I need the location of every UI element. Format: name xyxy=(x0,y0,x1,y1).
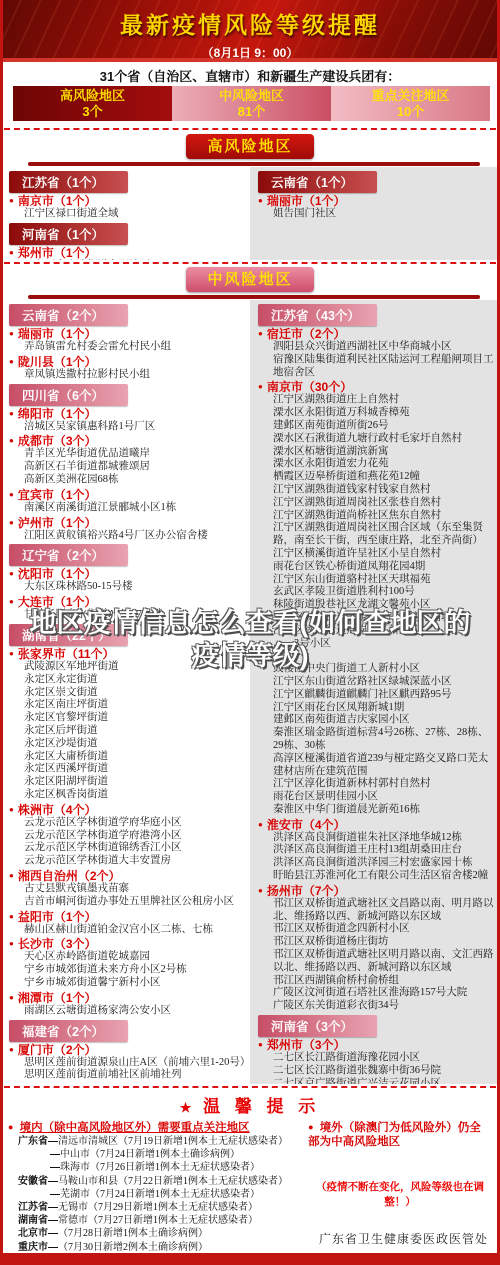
province-badge: 河南省（1个） xyxy=(9,223,128,245)
high-risk-section-body: 江苏省（1个）●南京市（1个）江宁区禄口街道全域河南省（1个）●郑州市（1个）二… xyxy=(3,167,497,260)
tips-title-text: 温 馨 提 示 xyxy=(203,1097,320,1116)
intro-text: 31个省（自治区、直辖市）和新疆生产建设兵团有： xyxy=(0,66,500,85)
city-label: ●淮安市（4个） xyxy=(258,818,495,832)
city-label: ●湘西自治州（2个） xyxy=(9,869,248,883)
watch-count-box: 重点关注地区 10个 xyxy=(331,86,490,121)
city-label: ●长沙市（3个） xyxy=(9,937,248,951)
city-label: ●瑞丽市（1个） xyxy=(9,327,248,341)
province-row: 四川省（6个） xyxy=(9,384,248,406)
area-item: 云龙示范区学林街道锦绣香江小区 xyxy=(9,842,248,855)
province-badge: 江苏省（1个） xyxy=(9,171,128,193)
city-label: ●瑞丽市（1个） xyxy=(258,194,495,208)
area-item: 江宁区湖熟街道庄上自然村 xyxy=(258,394,495,407)
bullet-icon: ● xyxy=(9,912,14,921)
area-item: 永定区后坪街道 xyxy=(9,725,248,738)
banner: 最新疫情风险等级提醒 （8月1日 9：00） xyxy=(0,0,500,62)
area-item: 永定区枫香岗街道 xyxy=(9,789,248,802)
area-item: 弄岛镇雷允村委会雷允村民小组 xyxy=(9,341,248,354)
tips-domestic-column: ● 境内（除中高风险地区外）需要重点关注地区 广东省—清远市清城区（7月19日新… xyxy=(8,1120,308,1265)
dashed-divider xyxy=(4,262,496,264)
watch-count: 10个 xyxy=(331,104,490,120)
city-name-text: 宜宾市（1个） xyxy=(18,488,97,502)
overlay-line-2: 疫情等级) xyxy=(0,640,500,673)
city-name-text: 淮安市（4个） xyxy=(267,818,346,832)
tip-line: —珠海市（7月26日新增1例本土无症状感染者） xyxy=(8,1161,308,1174)
high-risk-section-title: 高风险地区 xyxy=(186,134,314,159)
bullet-icon: ● xyxy=(9,436,14,445)
city-label: ●陇川县（1个） xyxy=(9,355,248,369)
area-item: 泗阳县众兴街道西湖社区中华商城小区 xyxy=(258,341,495,354)
tip-line: —中山市（7月24日新增1例本土确诊病例） xyxy=(8,1148,308,1161)
area-item: 溧水区永阳街道万科城香樟苑 xyxy=(258,407,495,420)
area-item: 江宁区湖熟街道尚桥社区焦东自然村 xyxy=(258,510,495,523)
section-underline xyxy=(28,162,480,166)
area-item: 大东区珠林路50-15号楼 xyxy=(9,581,248,594)
area-item: 永定区大庸桥街道 xyxy=(9,751,248,764)
area-item: 邗江区双桥街道武塘社区明月路以南、文汇西路以北、维扬路以西、新城河路以东区域 xyxy=(258,949,495,975)
area-item: 永定区沙堤街道 xyxy=(9,738,248,751)
bullet-icon: ● xyxy=(258,820,263,829)
area-item: 南溪区南溪街道江景郦城小区1栋 xyxy=(9,502,248,515)
bottom-border xyxy=(0,1253,500,1265)
mid-risk-section-title: 中风险地区 xyxy=(186,267,314,292)
area-item: 洪泽区高良涧街道王庄村13组胡桑田庄台 xyxy=(258,844,495,857)
city-name-text: 湘潭市（1个） xyxy=(18,991,97,1005)
city-label: ●泸州市（1个） xyxy=(9,516,248,530)
city-name-text: 湘西自治州（2个） xyxy=(18,869,121,883)
risk-summary-row: 高风险地区 3个 中风险地区 81个 重点关注地区 10个 xyxy=(13,86,490,121)
city-name-text: 成都市（3个） xyxy=(18,434,97,448)
area-item: 永定区官黎坪街道 xyxy=(9,712,248,725)
city-name-text: 扬州市（7个） xyxy=(267,884,346,898)
province-badge: 云南省（2个） xyxy=(9,304,128,326)
province-badge: 河南省（3个） xyxy=(258,1015,377,1037)
area-item: 溧水区永阳街道宏力花苑 xyxy=(258,458,495,471)
tip-line: 江苏省—无锡市（7月29日新增1例本土无症状感染者） xyxy=(8,1201,308,1214)
area-item: 溧水区柘塘街道湖滨新寓 xyxy=(258,446,495,459)
tip-line-prefix: 广东省— xyxy=(18,1136,58,1147)
bullet-icon: ● xyxy=(9,569,14,578)
province-row: 福建省（2个） xyxy=(9,1020,248,1042)
tip-line-text: 清远市清城区（7月19日新增1例本土无症状感染者） xyxy=(58,1136,288,1147)
area-item: 江宁区湖熟街道钱家村钱家自然村 xyxy=(258,484,495,497)
area-item: 思明区莲前街道源泉山庄A区（前埔六里1-20号） xyxy=(9,1057,248,1070)
area-item: 邗江区双桥街道念四新村小区 xyxy=(258,923,495,936)
bullet-icon: ● xyxy=(9,518,14,527)
tip-line-text: 无锡市（7月29日新增1例本土无症状感染者） xyxy=(58,1202,258,1213)
area-item: 高新区美洲花园68栋 xyxy=(9,474,248,487)
area-item: 江宁区禄口街道全域 xyxy=(9,208,248,221)
high-risk-label: 高风险地区 xyxy=(13,88,172,104)
area-item: 宁乡市城郊街道馨宁新村小区 xyxy=(9,977,248,990)
tip-line: —芜湖市（7月24日新增1例本土无症状感染者） xyxy=(8,1188,308,1201)
area-item: 玄武区孝陵卫街道胜利村100号 xyxy=(258,586,495,599)
province-badge: 辽宁省（2个） xyxy=(9,544,128,566)
section-underline xyxy=(28,295,480,299)
city-name-text: 绵阳市（1个） xyxy=(18,407,97,421)
city-label: ●宿迁市（2个） xyxy=(258,327,495,341)
area-item: 二七区长江路街道海豫花园小区 xyxy=(258,1052,495,1065)
city-name-text: 株洲市（4个） xyxy=(18,803,97,817)
mid-column-left: 云南省（2个）●瑞丽市（1个）弄岛镇雷允村委会雷允村民小组●陇川县（1个）章凤镇… xyxy=(3,300,250,1084)
province-row: 云南省（1个） xyxy=(258,171,495,193)
bullet-icon: ● xyxy=(308,1122,313,1132)
poster: 最新疫情风险等级提醒 （8月1日 9：00） 31个省（自治区、直辖市）和新疆生… xyxy=(0,0,500,1265)
dashed-divider xyxy=(4,1086,496,1088)
mid-risk-count-box: 中风险地区 81个 xyxy=(172,86,331,121)
area-item: 永定区永定街道 xyxy=(9,674,248,687)
city-label: ●宜宾市（1个） xyxy=(9,488,248,502)
high-column-right: 云南省（1个）●瑞丽市（1个）姐告国门社区 xyxy=(250,167,497,260)
city-label: ●成都市（3个） xyxy=(9,434,248,448)
area-item: 邗江区双桥街道杨庄街坊 xyxy=(258,936,495,949)
area-item: 江宁区东山街道岔路社区绿城深蓝小区 xyxy=(258,676,495,689)
area-item: 二七区京广路街道广兴洁云花园小区 xyxy=(258,1078,495,1084)
tip-line-text: （7月30日新增2例本土确诊病例） xyxy=(58,1242,208,1253)
tip-line-prefix: 重庆市— xyxy=(18,1242,58,1253)
city-name-text: 瑞丽市（1个） xyxy=(267,194,346,208)
bullet-icon: ● xyxy=(9,329,14,338)
city-label: ●株洲市（4个） xyxy=(9,803,248,817)
dashed-divider xyxy=(4,128,496,130)
city-label: ●南京市（1个） xyxy=(9,194,248,208)
area-item: 古丈县默戎镇墨戎苗寨 xyxy=(9,883,248,896)
area-item: 雨花台区景明佳园小区 xyxy=(258,791,495,804)
province-row: 江苏省（43个） xyxy=(258,304,495,326)
bullet-icon: ● xyxy=(9,871,14,880)
high-risk-count: 3个 xyxy=(13,104,172,120)
area-item: 江宁区湖熟街道周岗社区围合区域（东至集贤路，南至长干街，西至康庄路，北至齐尚街） xyxy=(258,522,495,548)
province-row: 辽宁省（2个） xyxy=(9,544,248,566)
area-item: 高淳区桠溪街道省道239与桠定路交叉路口芜太建材店所在建筑范围 xyxy=(258,753,495,779)
area-item: 姐告国门社区 xyxy=(258,208,495,221)
bullet-icon: ● xyxy=(9,939,14,948)
city-label: ●南京市（30个） xyxy=(258,380,495,394)
area-item: 云龙示范区学林街道大丰安置房 xyxy=(9,855,248,868)
area-item: 宿豫区陆集街道利民社区陆运河工程船闸项目工地宿舍区 xyxy=(258,354,495,380)
city-name-text: 郑州市（3个） xyxy=(267,1038,346,1052)
area-item: 江宁区横溪街道许呈社区小呈自然村 xyxy=(258,548,495,561)
mid-risk-label: 中风险地区 xyxy=(172,88,331,104)
city-label: ●益阳市（1个） xyxy=(9,910,248,924)
province-badge: 云南省（1个） xyxy=(258,171,377,193)
bullet-icon: ● xyxy=(9,1045,14,1054)
publisher-signature: 广东省卫生健康委医政医管处 xyxy=(319,1230,488,1247)
tips-note: （疫情不断在变化，风险等级也在调整！） xyxy=(308,1179,492,1209)
city-name-text: 南京市（30个） xyxy=(267,380,352,394)
bullet-icon: ● xyxy=(9,357,14,366)
tip-line: 安徽省—马鞍山市和县（7月22日新增1例本土无症状感染者） xyxy=(8,1175,308,1188)
tip-line-prefix: 北京市— xyxy=(18,1228,58,1239)
mid-risk-count: 81个 xyxy=(172,104,331,120)
area-item: 江宁区麒麟街道麒麟门社区麒西路95号 xyxy=(258,689,495,702)
bullet-icon: ● xyxy=(9,196,14,205)
city-label: ●厦门市（2个） xyxy=(9,1043,248,1057)
area-item: 章凤镇迭撒村拉影村民小组 xyxy=(9,369,248,382)
bullet-icon: ● xyxy=(258,886,263,895)
tip-line-text: 芜湖市（7月24日新增1例本土无症状感染者） xyxy=(60,1189,260,1200)
area-item: 江阳区黄舣镇裕兴路4号厂区办公宿舍楼 xyxy=(9,530,248,543)
city-label: ●绵阳市（1个） xyxy=(9,407,248,421)
bullet-icon: ● xyxy=(258,196,263,205)
area-item: 涪城区吴家镇惠科路1号厂区 xyxy=(9,421,248,434)
province-badge: 福建省（2个） xyxy=(9,1020,128,1042)
tip-line-text: 马鞍山市和县（7月22日新增1例本土无症状感染者） xyxy=(58,1176,288,1187)
area-item: 盱眙县江苏淮河化工有限公司生活区宿舍楼2幢 xyxy=(258,870,495,883)
city-name-text: 南京市（1个） xyxy=(18,194,97,208)
area-item: 雨湖区云塘街道杨家湾公安小区 xyxy=(9,1005,248,1018)
city-name-text: 长沙市（3个） xyxy=(18,937,97,951)
bullet-icon: ● xyxy=(258,1040,263,1049)
city-label: ●郑州市（3个） xyxy=(258,1038,495,1052)
page-title: 最新疫情风险等级提醒 xyxy=(0,0,500,40)
area-item: 云龙示范区学林街道学府华庭小区 xyxy=(9,817,248,830)
province-badge: 四川省（6个） xyxy=(9,384,128,406)
area-item: 思明区莲前街道前埔社区前埔社列 xyxy=(9,1069,248,1082)
high-risk-count-box: 高风险地区 3个 xyxy=(13,86,172,121)
tip-line: 北京市—（7月28日新增1例本土确诊病例） xyxy=(8,1227,308,1240)
tip-line: 广东省—清远市清城区（7月19日新增1例本土无症状感染者） xyxy=(8,1135,308,1148)
tip-line-prefix: — xyxy=(50,1162,60,1173)
update-time: （8月1日 9：00） xyxy=(0,44,500,61)
tip-line: 重庆市—（7月30日新增2例本土确诊病例） xyxy=(8,1241,308,1254)
area-item: 雨花台区铁心桥街道凤翔花园4期 xyxy=(258,561,495,574)
area-item: 江宁区东山街道骆村社区天琪福苑 xyxy=(258,574,495,587)
city-name-text: 宿迁市（2个） xyxy=(267,327,346,341)
mid-column-right: 江苏省（43个）●宿迁市（2个）泗阳县众兴街道西湖社区中华商城小区宿豫区陆集街道… xyxy=(250,300,497,1084)
mid-risk-section-body: 云南省（2个）●瑞丽市（1个）弄岛镇雷允村委会雷允村民小组●陇川县（1个）章凤镇… xyxy=(3,300,497,1084)
area-item: 二七区长江路街道张魏寨中街36号院 xyxy=(258,1065,495,1078)
city-name-text: 郑州市（1个） xyxy=(18,246,97,260)
province-row: 河南省（1个） xyxy=(9,223,248,245)
tip-line-prefix: 江苏省— xyxy=(18,1202,58,1213)
area-item: 永定区南庄坪街道 xyxy=(9,699,248,712)
tip-line-prefix: — xyxy=(50,1149,60,1160)
area-item: 邗江区西湖镇俞桥村俞桥组 xyxy=(258,975,495,988)
tip-line-prefix: 湖南省— xyxy=(18,1215,58,1226)
city-label: ●湘潭市（1个） xyxy=(9,991,248,1005)
area-item: 宁乡市城郊街道未来方舟小区2号栋 xyxy=(9,964,248,977)
bullet-icon: ● xyxy=(8,1122,13,1132)
city-name-text: 瑞丽市（1个） xyxy=(18,327,97,341)
city-name-text: 益阳市（1个） xyxy=(18,910,97,924)
bullet-icon: ● xyxy=(9,597,14,606)
area-item: 青羊区光华街道优品道曦岸 xyxy=(9,448,248,461)
tips-title: ★ 温 馨 提 示 xyxy=(8,1092,492,1117)
area-item: 建邺区南苑街道所街26号 xyxy=(258,420,495,433)
tip-line-prefix: — xyxy=(50,1189,60,1200)
area-item: 云龙示范区学林街道学府港湾小区 xyxy=(9,830,248,843)
city-label: ●扬州市（7个） xyxy=(258,884,495,898)
overlay-line-1: 地区疫情信息怎么查看(如何查地区的 xyxy=(0,607,500,640)
tips-overseas-heading: ● 境外（除澳门为低风险外）仍全部为中高风险地区 xyxy=(308,1120,492,1149)
area-item: 邗江区双桥街道武塘社区文昌路以南、明月路以北、维扬路以西、新城河路以东区域 xyxy=(258,898,495,924)
area-item: 永定区崇文街道 xyxy=(9,687,248,700)
area-item: 江宁区雨花台区凤翔新城1期 xyxy=(258,702,495,715)
city-name-text: 沈阳市（1个） xyxy=(18,567,97,581)
article-title-overlay: 地区疫情信息怎么查看(如何查地区的 疫情等级) xyxy=(0,607,500,673)
star-icon: ★ xyxy=(180,1100,194,1115)
area-item: 建邺区南苑街道吉庆家园小区 xyxy=(258,714,495,727)
area-item: 吉首市峒河街道办事处五里牌社区公租房小区 xyxy=(9,896,248,909)
province-row: 江苏省（1个） xyxy=(9,171,248,193)
bullet-icon: ● xyxy=(9,993,14,1002)
province-row: 云南省（2个） xyxy=(9,304,248,326)
area-item: 高新区石羊街道都城雅颂居 xyxy=(9,461,248,474)
area-item: 永定区西溪坪街道 xyxy=(9,763,248,776)
tips-domestic-heading: ● 境内（除中高风险地区外）需要重点关注地区 xyxy=(8,1120,308,1135)
city-label: ●郑州市（1个） xyxy=(9,246,248,260)
tip-line-text: 中山市（7月24日新增1例本土确诊病例） xyxy=(60,1149,240,1160)
high-column-left: 江苏省（1个）●南京市（1个）江宁区禄口街道全域河南省（1个）●郑州市（1个）二… xyxy=(3,167,250,260)
bullet-icon: ● xyxy=(9,248,14,257)
area-item: 广陵区东关街道彩衣街34号 xyxy=(258,1000,495,1013)
area-item: 江宁区湖熟街道周岗社区张巷自然村 xyxy=(258,497,495,510)
area-item: 秦淮区中华门街道晨光新苑16栋 xyxy=(258,804,495,817)
bullet-icon: ● xyxy=(9,490,14,499)
bullet-icon: ● xyxy=(9,805,14,814)
tip-line-text: 常德市（7月27日新增1例本土无症状感染者） xyxy=(58,1215,258,1226)
area-item: 洪泽区高良涧街道洪泽园三村宏盛家园十栋 xyxy=(258,857,495,870)
watch-label: 重点关注地区 xyxy=(331,88,490,104)
tip-line-text: 珠海市（7月26日新增1例本土无症状感染者） xyxy=(60,1162,260,1173)
tips-domestic-lines: 广东省—清远市清城区（7月19日新增1例本土无症状感染者）—中山市（7月24日新… xyxy=(8,1135,308,1265)
area-item: 永定区阳湖坪街道 xyxy=(9,776,248,789)
area-item: 江宁区淳化街道新林村郭村自然村 xyxy=(258,778,495,791)
area-item: 天心区赤岭路街道乾城嘉园 xyxy=(9,951,248,964)
province-badge: 江苏省（43个） xyxy=(258,304,377,326)
area-item: 赫山区赫山街道铂金汉宫小区二栋、七栋 xyxy=(9,924,248,937)
area-item: 溧水区石湫街道九塘行政村毛家圩自然村 xyxy=(258,433,495,446)
bullet-icon: ● xyxy=(258,382,263,391)
province-row: 河南省（3个） xyxy=(258,1015,495,1037)
area-item: 栖霞区迈皋桥街道和燕花苑12幢 xyxy=(258,471,495,484)
area-item: 秦淮区瑞金路街道标营4号26栋、27栋、28栋、29栋、30栋 xyxy=(258,727,495,753)
tip-line-text: （7月28日新增1例本土确诊病例） xyxy=(58,1228,208,1239)
bullet-icon: ● xyxy=(9,409,14,418)
city-name-text: 厦门市（2个） xyxy=(18,1043,97,1057)
area-item: 洪泽区高良涧街道崔朱社区泽地华城12栋 xyxy=(258,832,495,845)
city-name-text: 泸州市（1个） xyxy=(18,516,97,530)
area-item: 广陵区汶河街道石塔社区淮海路157号大院 xyxy=(258,987,495,1000)
city-name-text: 陇川县（1个） xyxy=(18,355,97,369)
bullet-icon: ● xyxy=(258,329,263,338)
tip-line-prefix: 安徽省— xyxy=(18,1176,58,1187)
tip-line: 湖南省—常德市（7月27日新增1例本土无症状感染者） xyxy=(8,1214,308,1227)
city-label: ●沈阳市（1个） xyxy=(9,567,248,581)
